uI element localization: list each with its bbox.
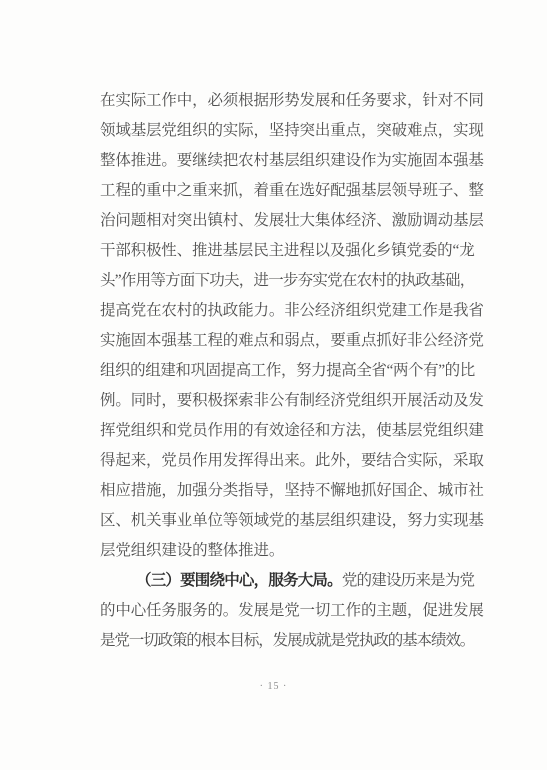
section-heading: （三）要围绕中心，服务大局。 xyxy=(136,572,342,589)
paragraph-end-line: 层党组织建设的整体推进。 xyxy=(100,536,474,566)
text-line: 头”作用等方面下功夫，进一步夯实党在农村的执政基础， xyxy=(100,266,474,296)
document-page: 在实际工作中，必须根据形势发展和任务要求，针对不同 领域基层党组织的实际，坚持突… xyxy=(0,0,547,770)
text-line: 工程的重中之重来抓，着重在选好配强基层领导班子、整 xyxy=(100,176,474,206)
text-line: 例。同时，要积极探索非公有制经济党组织开展活动及发 xyxy=(100,386,474,416)
text-line: 是党一切政策的根本目标，发展成就是党执政的基本绩效。 xyxy=(100,626,474,656)
text-line: 领域基层党组织的实际，坚持突出重点，突破难点，实现 xyxy=(100,116,474,146)
text-line: 组织的组建和巩固提高工作，努力提高全省“两个有”的比 xyxy=(100,356,474,386)
section-heading-line: （三）要围绕中心，服务大局。党的建设历来是为党 xyxy=(100,566,474,596)
text-line: 得起来，党员作用发挥得出来。此外，要结合实际，采取 xyxy=(100,446,474,476)
text-line: 提高党在农村的执政能力。非公经济组织党建工作是我省 xyxy=(100,296,474,326)
text-line: 的中心任务服务的。发展是党一切工作的主题，促进发展 xyxy=(100,596,474,626)
text-run: 党的建设历来是为党 xyxy=(342,572,474,589)
text-line: 治问题相对突出镇村、发展壮大集体经济、激励调动基层 xyxy=(100,206,474,236)
text-line: 挥党组织和党员作用的有效途径和方法，使基层党组织建 xyxy=(100,416,474,446)
text-line: 实施固本强基工程的难点和弱点，要重点抓好非公经济党 xyxy=(100,326,474,356)
text-line: 区、机关事业单位等领域党的基层组织建设，努力实现基 xyxy=(100,506,474,536)
text-line: 整体推进。要继续把农村基层组织建设作为实施固本强基 xyxy=(100,146,474,176)
page-number: · 15 · xyxy=(0,681,547,692)
text-block: 在实际工作中，必须根据形势发展和任务要求，针对不同 领域基层党组织的实际，坚持突… xyxy=(100,86,474,656)
text-line: 干部积极性、推进基层民主进程以及强化乡镇党委的“龙 xyxy=(100,236,474,266)
text-line: 在实际工作中，必须根据形势发展和任务要求，针对不同 xyxy=(100,86,474,116)
text-line: 相应措施，加强分类指导，坚持不懈地抓好国企、城市社 xyxy=(100,476,474,506)
